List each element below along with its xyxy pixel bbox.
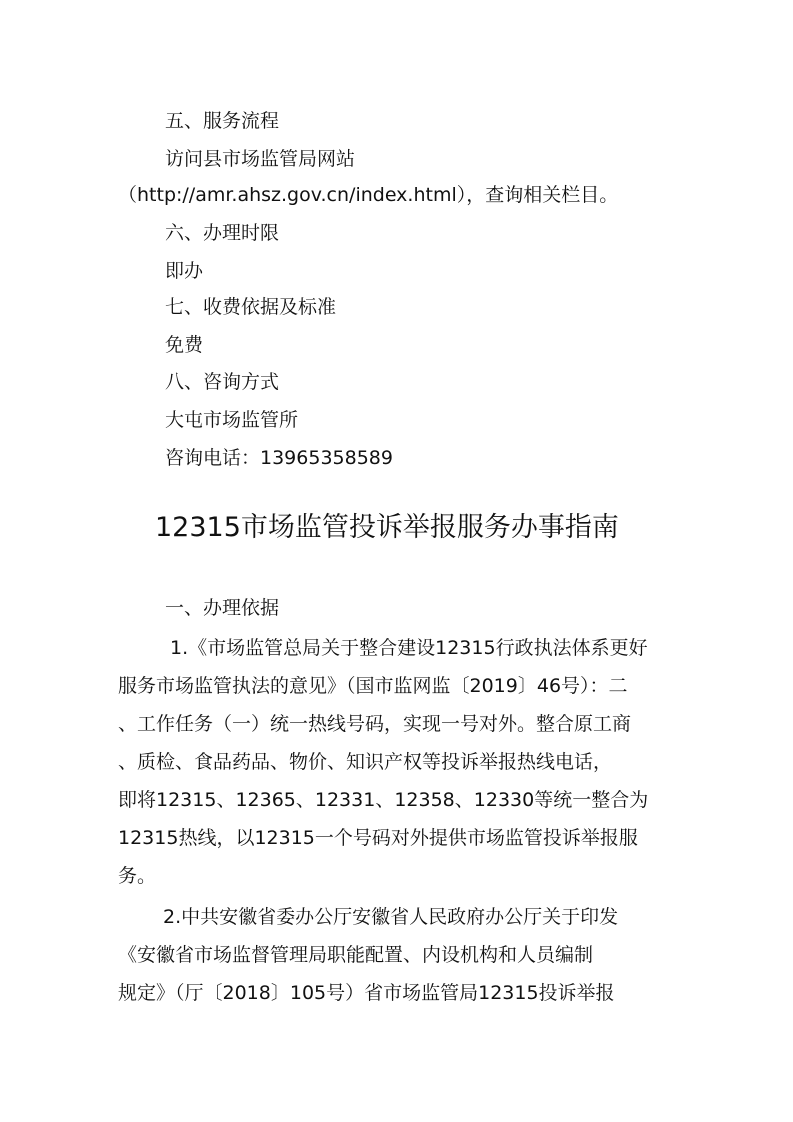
service-process-text: 访问县市场监管局网站 bbox=[165, 147, 355, 171]
paragraph-2-line: 规定》（厅〔2018〕105号）省市场监管局12315投诉举报 bbox=[118, 981, 615, 1005]
section-heading-fee: 七、收费依据及标准 bbox=[165, 295, 336, 319]
paragraph-1-line: 即将12315、12365、12331、12358、12330等统一整合为 bbox=[118, 788, 648, 812]
section-heading-time-limit: 六、办理时限 bbox=[165, 221, 279, 245]
section-heading-service-process: 五、服务流程 bbox=[165, 109, 279, 133]
paragraph-1-line: 、工作任务（一）统一热线号码，实现一号对外。整合原工商 bbox=[118, 712, 631, 736]
paragraph-2-line: 《安徽省市场监督管理局职能配置、内设机构和人员编制 bbox=[118, 943, 593, 967]
paragraph-1-line: 务。 bbox=[118, 864, 156, 888]
consult-org: 大屯市场监管所 bbox=[165, 408, 298, 432]
section-heading-consult: 八、咨询方式 bbox=[165, 370, 279, 394]
paragraph-1-line: 1.《市场监管总局关于整合建设12315行政执法体系更好 bbox=[170, 636, 648, 660]
paragraph-2-line: 2.中共安徽省委办公厅安徽省人民政府办公厅关于印发 bbox=[163, 905, 618, 929]
paragraph-1-line: 12315热线，以12315一个号码对外提供市场监管投诉举报服 bbox=[118, 826, 638, 850]
section-heading-basis: 一、办理依据 bbox=[165, 596, 279, 620]
guide-title: 12315市场监管投诉举报服务办事指南 bbox=[155, 511, 619, 545]
fee-value: 免费 bbox=[165, 333, 203, 357]
consult-phone: 咨询电话：13965358589 bbox=[165, 446, 393, 470]
paragraph-1-line: 服务市场监管执法的意见》（国市监网监〔2019〕46号）：二 bbox=[118, 674, 628, 698]
service-process-url-text: （http://amr.ahsz.gov.cn/index.html），查询相关… bbox=[118, 183, 618, 207]
paragraph-1-line: 、质检、食品药品、物价、知识产权等投诉举报热线电话， bbox=[118, 750, 612, 774]
time-limit-value: 即办 bbox=[165, 259, 203, 283]
